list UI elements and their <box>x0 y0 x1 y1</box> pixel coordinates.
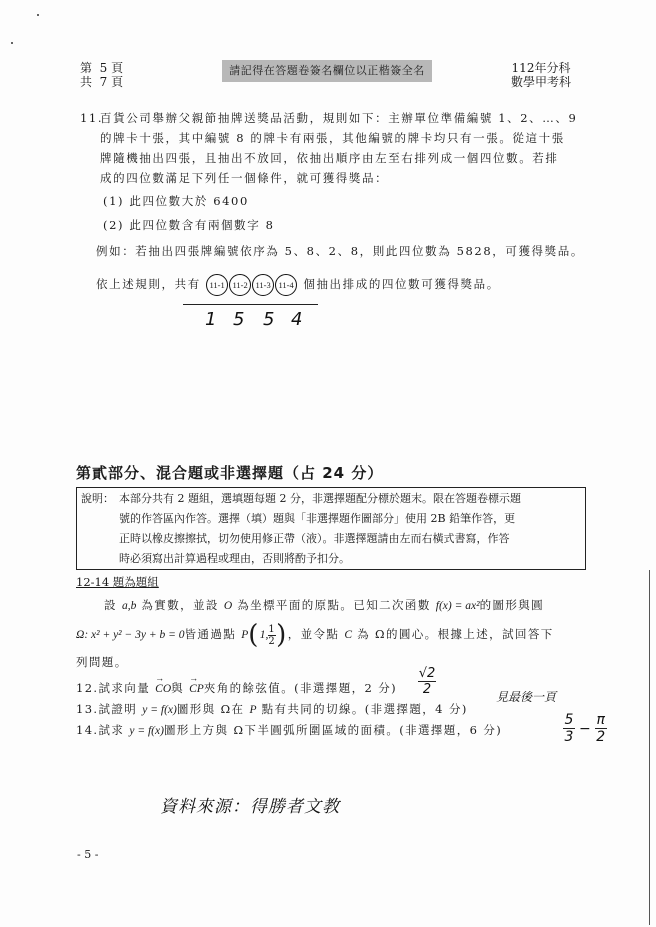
handwritten-source: 資料來源：得勝者文教 <box>160 792 340 817</box>
scan-speck <box>11 42 13 44</box>
instruction-line: 正時以橡皮擦擦拭，切勿使用修正帶（液）。非選擇題請由左而右橫式書寫，作答 <box>119 529 581 549</box>
handwritten-note-13: 見最後一頁 <box>496 688 556 705</box>
answer-box-11-1[interactable]: 11-1 <box>206 274 228 296</box>
group-label: 12-14 題為題組 <box>76 574 159 590</box>
scan-edge-line <box>649 570 650 925</box>
handwritten-answer-14: 53 − π2 <box>563 712 607 745</box>
page-footer: - 5 - <box>77 848 98 861</box>
total-label: 頁 <box>111 75 123 89</box>
exam-subject: 數學甲考科 <box>511 75 571 89</box>
total-label: 共 <box>80 75 92 89</box>
answer-box-11-4[interactable]: 11-4 <box>275 274 297 296</box>
instruction-line: 時必須寫出計算過程或理由，否則將酌予扣分。 <box>119 549 581 569</box>
instruction-line: 本部分共有 2 題組，選填題每題 2 分，非選擇題配分標於題末。限在答題卷標示題 <box>119 489 581 509</box>
instructions-box: 說明： 本部分共有 2 題組，選填題每題 2 分，非選擇題配分標於題末。限在答題… <box>76 487 586 570</box>
page-number: 5 <box>100 61 108 75</box>
handwritten-answer-12: √2 2 <box>418 666 436 697</box>
answer-line: 依上述規則，共有 11-111-211-311-4 個抽出排成的四位數可獲得獎品… <box>96 274 500 296</box>
example-text: 例如：若抽出四張牌編號依序為 5、8、2、8，則此四位數為 5828，可獲得獎品… <box>96 243 616 259</box>
question-text: 百貨公司舉辦父親節抽牌送獎品活動，規則如下：主辦單位準備編號 1、2、…、9 <box>100 111 577 125</box>
handwritten-answer-11: 1554 <box>205 309 302 330</box>
answer-prefix: 依上述規則，共有 <box>96 277 201 291</box>
question-11: 11.百貨公司舉辦父親節抽牌送獎品活動，規則如下：主辦單位準備編號 1、2、…、… <box>80 108 600 188</box>
question-14: 14.試求 y = f(x)圖形上方與 Ω下半圓弧所圍區域的面積。(非選擇題，6… <box>76 722 596 738</box>
page-label: 第 <box>80 61 92 75</box>
exam-year: 112年分科 <box>511 61 571 75</box>
question-text: 成的四位數滿足下列任一個條件，就可獲得獎品： <box>80 168 600 188</box>
instruction-line: 號的作答區內作答。選擇（填）題與「非選擇題作圖部分」使用 2B 鉛筆作答，更 <box>119 509 581 529</box>
total-pages: 7 <box>100 75 108 89</box>
scan-speck <box>37 14 39 16</box>
answer-suffix: 個抽出排成的四位數可獲得獎品。 <box>303 277 500 291</box>
answer-box-11-2[interactable]: 11-2 <box>229 274 251 296</box>
answer-box-11-3[interactable]: 11-3 <box>252 274 274 296</box>
question-text: 牌隨機抽出四張，且抽出不放回，依抽出順序由左至右排列成一個四位數。若排 <box>80 148 600 168</box>
page-label: 頁 <box>111 61 123 75</box>
section-title: 第貳部分、混合題或非選擇題（占 24 分） <box>76 462 383 483</box>
group-intro-line2: Ω: x² + y² − 3y + b = 0皆通過點 P(1,12)，並令點 … <box>76 620 596 650</box>
question-text: 的牌卡十張，其中編號 8 的牌卡有兩張，其他編號的牌卡均只有一張。從這十張 <box>80 128 600 148</box>
instructions-label: 說明： <box>81 489 114 509</box>
sign-name-banner: 請記得在答題卷簽名欄位以正楷簽全名 <box>222 60 432 82</box>
condition-1: (1) 此四位數大於 6400 <box>103 193 583 209</box>
question-number: 11. <box>80 108 100 128</box>
page-indicator: 第 5 頁 共 7 頁 <box>80 61 123 89</box>
answer-underline <box>183 304 318 305</box>
group-intro-line1: 設 a,b 為實數，並設 O 為坐標平面的原點。已知二次函數 f(x) = ax… <box>104 597 624 613</box>
condition-2: (2) 此四位數含有兩個數字 8 <box>103 217 583 233</box>
group-intro-line3: 列問題。 <box>76 654 596 670</box>
exam-info: 112年分科 數學甲考科 <box>511 61 571 89</box>
